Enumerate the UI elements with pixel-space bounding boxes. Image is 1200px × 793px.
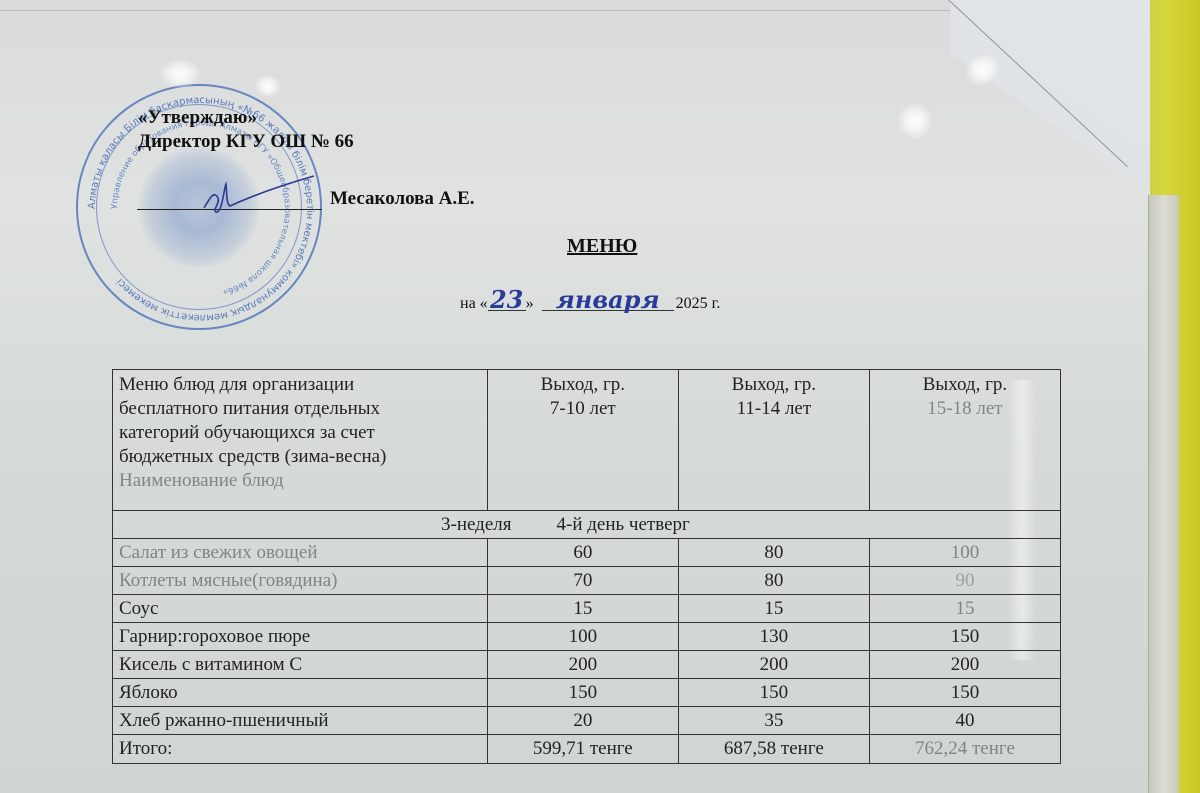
portion-value: 90	[869, 567, 1060, 595]
total-row: Итого: 599,71 тенге 687,58 тенге 762,24 …	[113, 735, 1061, 764]
date-prefix: на «	[460, 295, 488, 312]
portion-value: 200	[869, 651, 1060, 679]
portion-value: 200	[487, 651, 678, 679]
dish-name: Котлеты мясные(говядина)	[113, 567, 488, 595]
glare	[255, 75, 280, 97]
portion-value: 40	[869, 707, 1060, 735]
date-day: 23	[488, 290, 526, 311]
column-label: Выход, гр.	[494, 373, 672, 397]
signature-icon	[196, 168, 316, 228]
week-day-cell: 3-неделя4-й день четверг	[113, 511, 1061, 539]
portion-value: 130	[678, 623, 869, 651]
portion-value: 20	[487, 707, 678, 735]
date-year: 2025 г.	[676, 295, 721, 312]
header-col-7-10: Выход, гр. 7-10 лет	[487, 370, 678, 511]
portion-value: 100	[869, 539, 1060, 567]
header-line: Наименование блюд	[119, 469, 481, 493]
header-line: бесплатного питания отдельных	[119, 397, 481, 421]
total-label: Итого:	[113, 735, 488, 764]
sheet-edge	[0, 10, 980, 11]
portion-value: 100	[487, 623, 678, 651]
page-title: МЕНЮ	[567, 235, 637, 258]
dish-name: Хлеб ржанно-пшеничный	[113, 707, 488, 735]
dish-name: Яблоко	[113, 679, 488, 707]
table-row: Гарнир:гороховое пюре100130150	[113, 623, 1061, 651]
portion-value: 35	[678, 707, 869, 735]
portion-value: 15	[487, 595, 678, 623]
director-title: Директор КГУ ОШ № 66	[138, 131, 354, 153]
dish-name: Кисель с витамином С	[113, 651, 488, 679]
column-label: Выход, гр.	[685, 373, 863, 397]
portion-value: 15	[869, 595, 1060, 623]
total-15-18: 762,24 тенге	[869, 735, 1060, 764]
sleeve-clip	[1148, 195, 1179, 793]
table-row: Салат из свежих овощей6080100	[113, 539, 1061, 567]
table-row: Соус151515	[113, 595, 1061, 623]
glare	[898, 103, 932, 139]
week-label: 3-неделя	[441, 514, 512, 535]
portion-value: 150	[678, 679, 869, 707]
dish-name: Гарнир:гороховое пюре	[113, 623, 488, 651]
column-label: Выход, гр.	[876, 373, 1054, 397]
portion-value: 80	[678, 567, 869, 595]
portion-value: 150	[869, 679, 1060, 707]
portion-value: 70	[487, 567, 678, 595]
column-age: 15-18 лет	[876, 397, 1054, 421]
director-name: Месаколова А.Е.	[330, 188, 475, 210]
glare	[160, 60, 200, 88]
portion-value: 150	[869, 623, 1060, 651]
document-sheet: Алматы қаласы Білім басқармасының «№66 ж…	[0, 0, 1150, 793]
table-row: Котлеты мясные(говядина)708090	[113, 567, 1061, 595]
sleeve-corner	[950, 0, 1150, 180]
header-line: категорий обучающихся за счет	[119, 421, 481, 445]
table-row: Яблоко150150150	[113, 679, 1061, 707]
menu-date: на «23» января2025 г.	[460, 290, 720, 313]
header-col-11-14: Выход, гр. 11-14 лет	[678, 370, 869, 511]
dish-name: Салат из свежих овощей	[113, 539, 488, 567]
column-age: 11-14 лет	[685, 397, 863, 421]
table-row: Хлеб ржанно-пшеничный203540	[113, 707, 1061, 735]
menu-table: Меню блюд для организации бесплатного пи…	[112, 369, 1061, 764]
total-11-14: 687,58 тенге	[678, 735, 869, 764]
table-row: Кисель с витамином С200200200	[113, 651, 1061, 679]
total-7-10: 599,71 тенге	[487, 735, 678, 764]
dish-name: Соус	[113, 595, 488, 623]
portion-value: 15	[678, 595, 869, 623]
date-mid: »	[526, 295, 534, 312]
approval-label: «Утверждаю»	[138, 107, 257, 129]
portion-value: 60	[487, 539, 678, 567]
header-line: бюджетных средств (зима-весна)	[119, 445, 481, 469]
day-label: 4-й день четверг	[557, 514, 690, 535]
header-name-cell: Меню блюд для организации бесплатного пи…	[113, 370, 488, 511]
date-month: января	[542, 290, 674, 311]
column-age: 7-10 лет	[494, 397, 672, 421]
week-row: 3-неделя4-й день четверг	[113, 511, 1061, 539]
header-line: Меню блюд для организации	[119, 373, 481, 397]
table-header-row: Меню блюд для организации бесплатного пи…	[113, 370, 1061, 511]
portion-value: 80	[678, 539, 869, 567]
portion-value: 200	[678, 651, 869, 679]
portion-value: 150	[487, 679, 678, 707]
header-col-15-18: Выход, гр. 15-18 лет	[869, 370, 1060, 511]
